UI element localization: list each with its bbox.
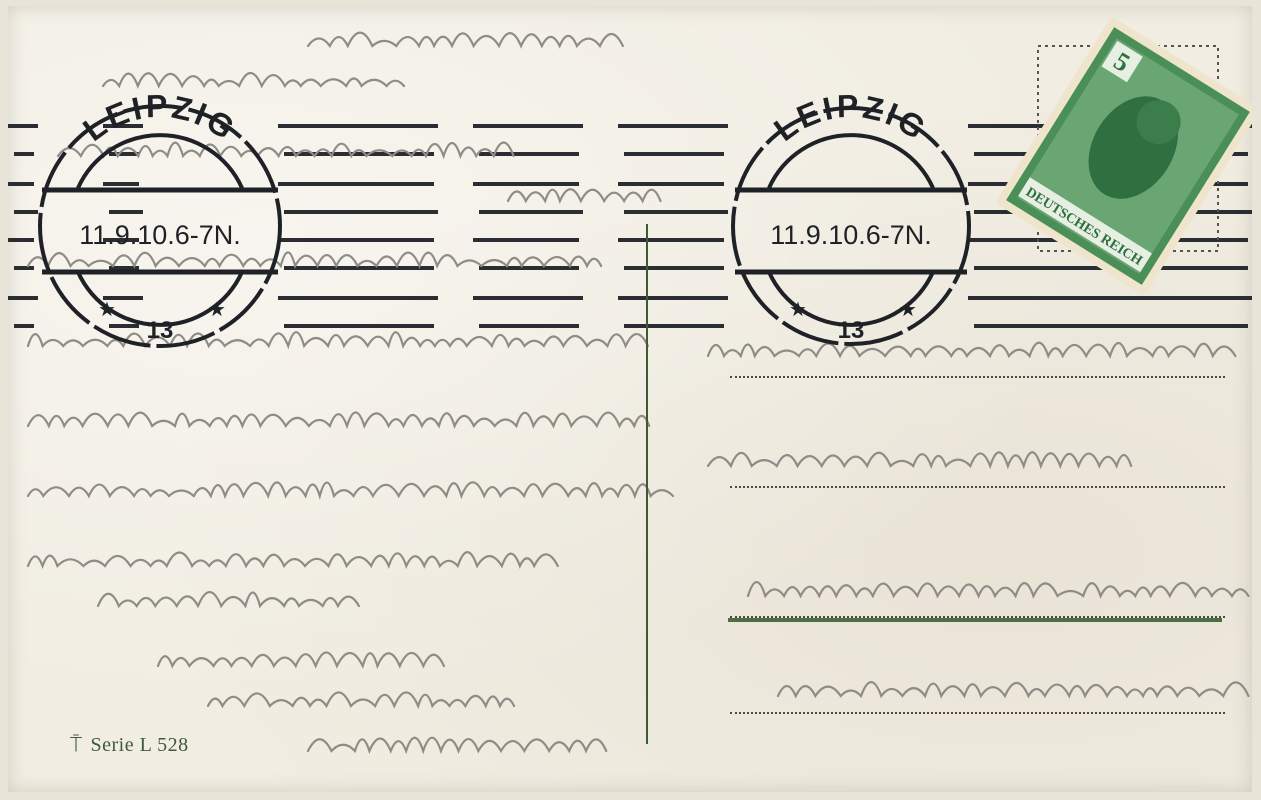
series-caption: ⍑Serie L 528 bbox=[70, 734, 189, 757]
series-text: Serie L 528 bbox=[91, 734, 189, 756]
postcard: LEIPZIG 11.9.10.6-7N. ★ ★ 13 LEIPZIG 11.… bbox=[8, 6, 1252, 792]
publisher-logo-icon: ⍑ bbox=[70, 733, 83, 758]
postage-stamp: 5 DEUTSCHES REICH bbox=[8, 6, 1252, 792]
